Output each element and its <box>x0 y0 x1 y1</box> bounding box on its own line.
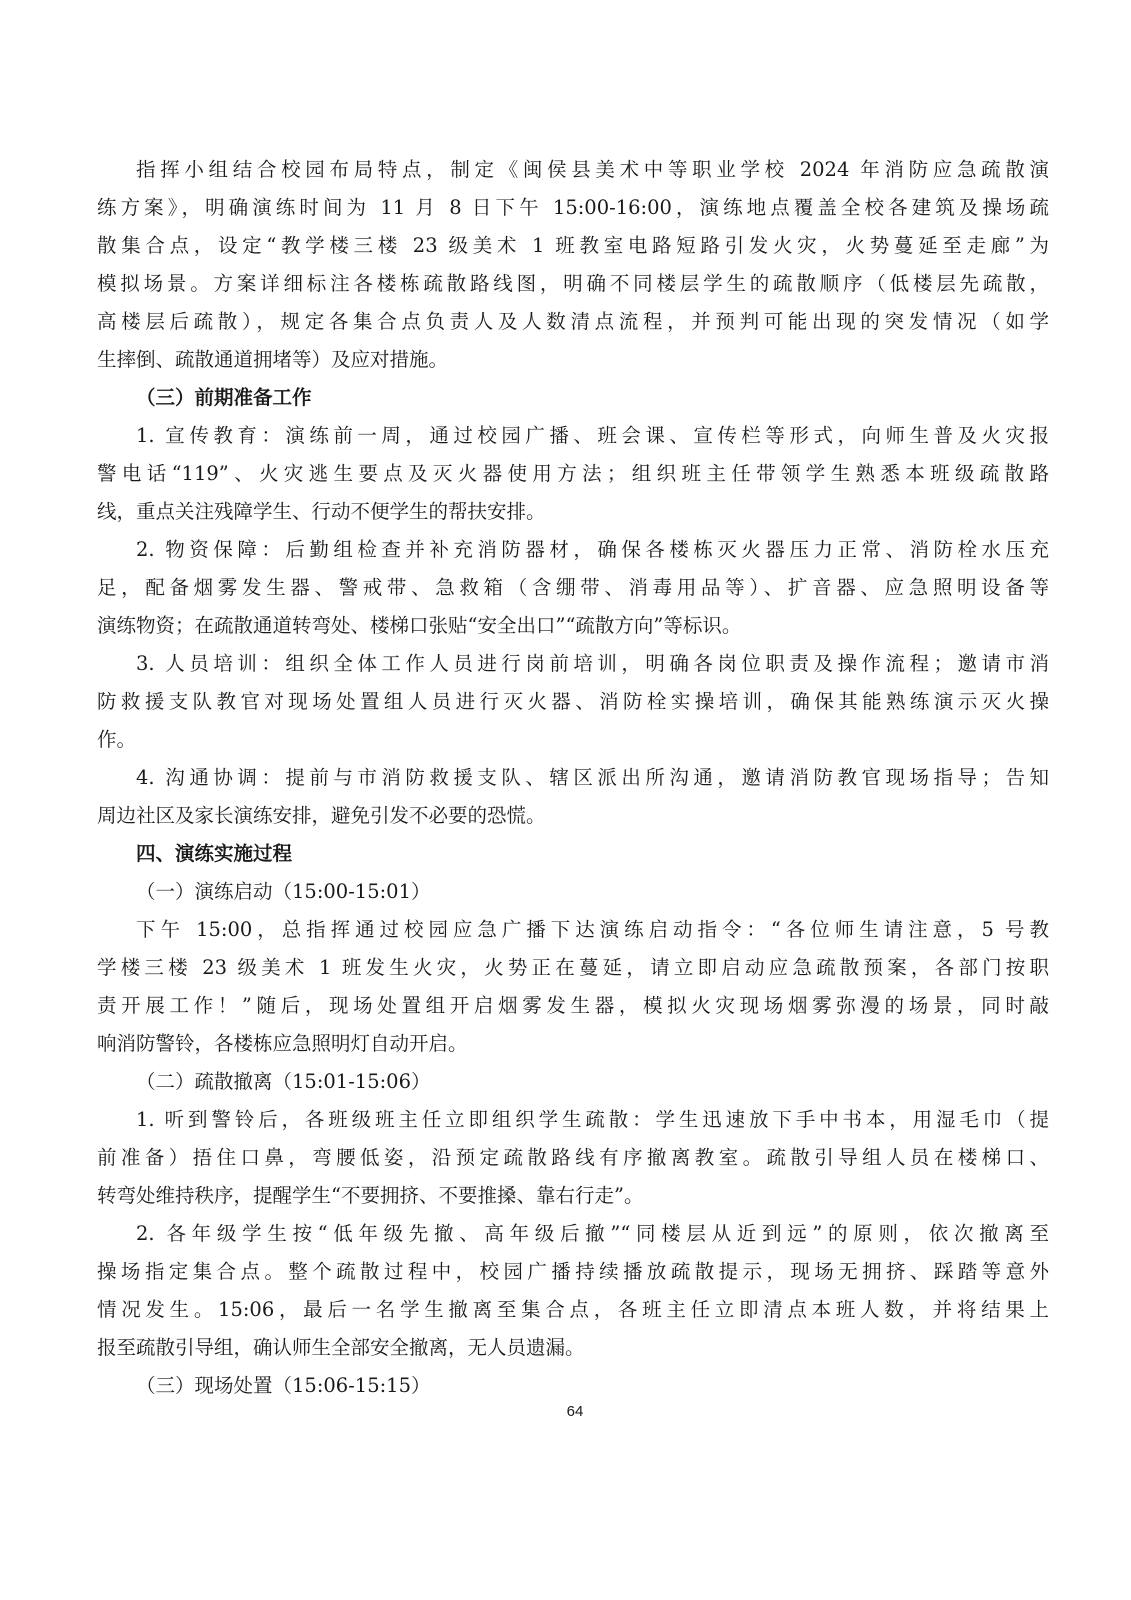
subheading-evacuation: （二）疏散撤离（15:01-15:06） <box>136 1067 430 1097</box>
evacuation-item-1-line-1: 1. 听到警铃后，各班级班主任立即组织学生疏散：学生迅速放下手中书本，用湿毛巾（… <box>136 1105 1049 1135</box>
page-number: 64 <box>555 1403 595 1420</box>
paragraph-1-line-5: 高楼层后疏散），规定各集合点负责人及人数清点流程，并预判可能出现的突发情况（如学 <box>97 307 1049 337</box>
prep-item-2-line-2: 足，配备烟雾发生器、警戒带、急救箱（含绷带、消毒用品等）、扩音器、应急照明设备等 <box>97 573 1049 603</box>
paragraph-1-line-4: 模拟场景。方案详细标注各楼栋疏散路线图，明确不同楼层学生的疏散顺序（低楼层先疏散… <box>97 269 1049 299</box>
drill-start-line-1: 下午 15:00，总指挥通过校园应急广播下达演练启动指令：“各位师生请注意，5 … <box>136 915 1049 945</box>
evacuation-item-1-line-3: 转弯处维持秩序，提醒学生“不要拥挤、不要推搡、靠右行走”。 <box>97 1181 1049 1211</box>
subheading-onsite-handling: （三）现场处置（15:06-15:15） <box>136 1371 430 1401</box>
section-heading-implementation: 四、演练实施过程 <box>136 839 292 869</box>
paragraph-1-line-1: 指挥小组结合校园布局特点，制定《闽侯县美术中等职业学校 2024 年消防应急疏散… <box>136 155 1049 185</box>
prep-item-3-line-1: 3. 人员培训：组织全体工作人员进行岗前培训，明确各岗位职责及操作流程；邀请市消 <box>136 649 1049 679</box>
drill-start-line-2: 学楼三楼 23 级美术 1 班发生火灾，火势正在蔓延，请立即启动应急疏散预案，各… <box>97 953 1049 983</box>
prep-item-4-line-1: 4. 沟通协调：提前与市消防救援支队、辖区派出所沟通，邀请消防教官现场指导；告知 <box>136 763 1049 793</box>
subheading-drill-start: （一）演练启动（15:00-15:01） <box>136 877 430 907</box>
prep-item-3-line-3: 作。 <box>97 725 1049 755</box>
prep-item-4-line-2: 周边社区及家长演练安排，避免引发不必要的恐慌。 <box>97 801 1049 831</box>
prep-item-3-line-2: 防救援支队教官对现场处置组人员进行灭火器、消防栓实操培训，确保其能熟练演示灭火操 <box>97 687 1049 717</box>
document-page: 指挥小组结合校园布局特点，制定《闽侯县美术中等职业学校 2024 年消防应急疏散… <box>0 0 1131 1600</box>
paragraph-1-line-2: 练方案》，明确演练时间为 11 月 8 日下午 15:00-16:00，演练地点… <box>97 193 1049 223</box>
prep-item-1-line-2: 警电话“119”、火灾逃生要点及灭火器使用方法；组织班主任带领学生熟悉本班级疏散… <box>97 459 1049 489</box>
evacuation-item-1-line-2: 前准备）捂住口鼻，弯腰低姿，沿预定疏散路线有序撤离教室。疏散引导组人员在楼梯口、 <box>97 1143 1049 1173</box>
prep-item-1-line-3: 线，重点关注残障学生、行动不便学生的帮扶安排。 <box>97 497 1049 527</box>
section-heading-preparation: （三）前期准备工作 <box>136 383 312 413</box>
paragraph-1-line-6: 生摔倒、疏散通道拥堵等）及应对措施。 <box>97 345 1049 375</box>
evacuation-item-2-line-4: 报至疏散引导组，确认师生全部安全撤离，无人员遗漏。 <box>97 1333 1049 1363</box>
drill-start-line-4: 响消防警铃，各楼栋应急照明灯自动开启。 <box>97 1029 1049 1059</box>
paragraph-1-line-3: 散集合点，设定“教学楼三楼 23 级美术 1 班教室电路短路引发火灾，火势蔓延至… <box>97 231 1049 261</box>
drill-start-line-3: 责开展工作！”随后，现场处置组开启烟雾发生器，模拟火灾现场烟雾弥漫的场景，同时敲 <box>97 991 1049 1021</box>
evacuation-item-2-line-2: 操场指定集合点。整个疏散过程中，校园广播持续播放疏散提示，现场无拥挤、踩踏等意外 <box>97 1257 1049 1287</box>
prep-item-1-line-1: 1. 宣传教育：演练前一周，通过校园广播、班会课、宣传栏等形式，向师生普及火灾报 <box>136 421 1049 451</box>
prep-item-2-line-1: 2. 物资保障：后勤组检查并补充消防器材，确保各楼栋灭火器压力正常、消防栓水压充 <box>136 535 1049 565</box>
prep-item-2-line-3: 演练物资；在疏散通道转弯处、楼梯口张贴“安全出口”“疏散方向”等标识。 <box>97 611 1049 641</box>
evacuation-item-2-line-1: 2. 各年级学生按“低年级先撤、高年级后撤”“同楼层从近到远”的原则，依次撤离至 <box>136 1219 1049 1249</box>
evacuation-item-2-line-3: 情况发生。15:06，最后一名学生撤离至集合点，各班主任立即清点本班人数，并将结… <box>97 1295 1049 1325</box>
